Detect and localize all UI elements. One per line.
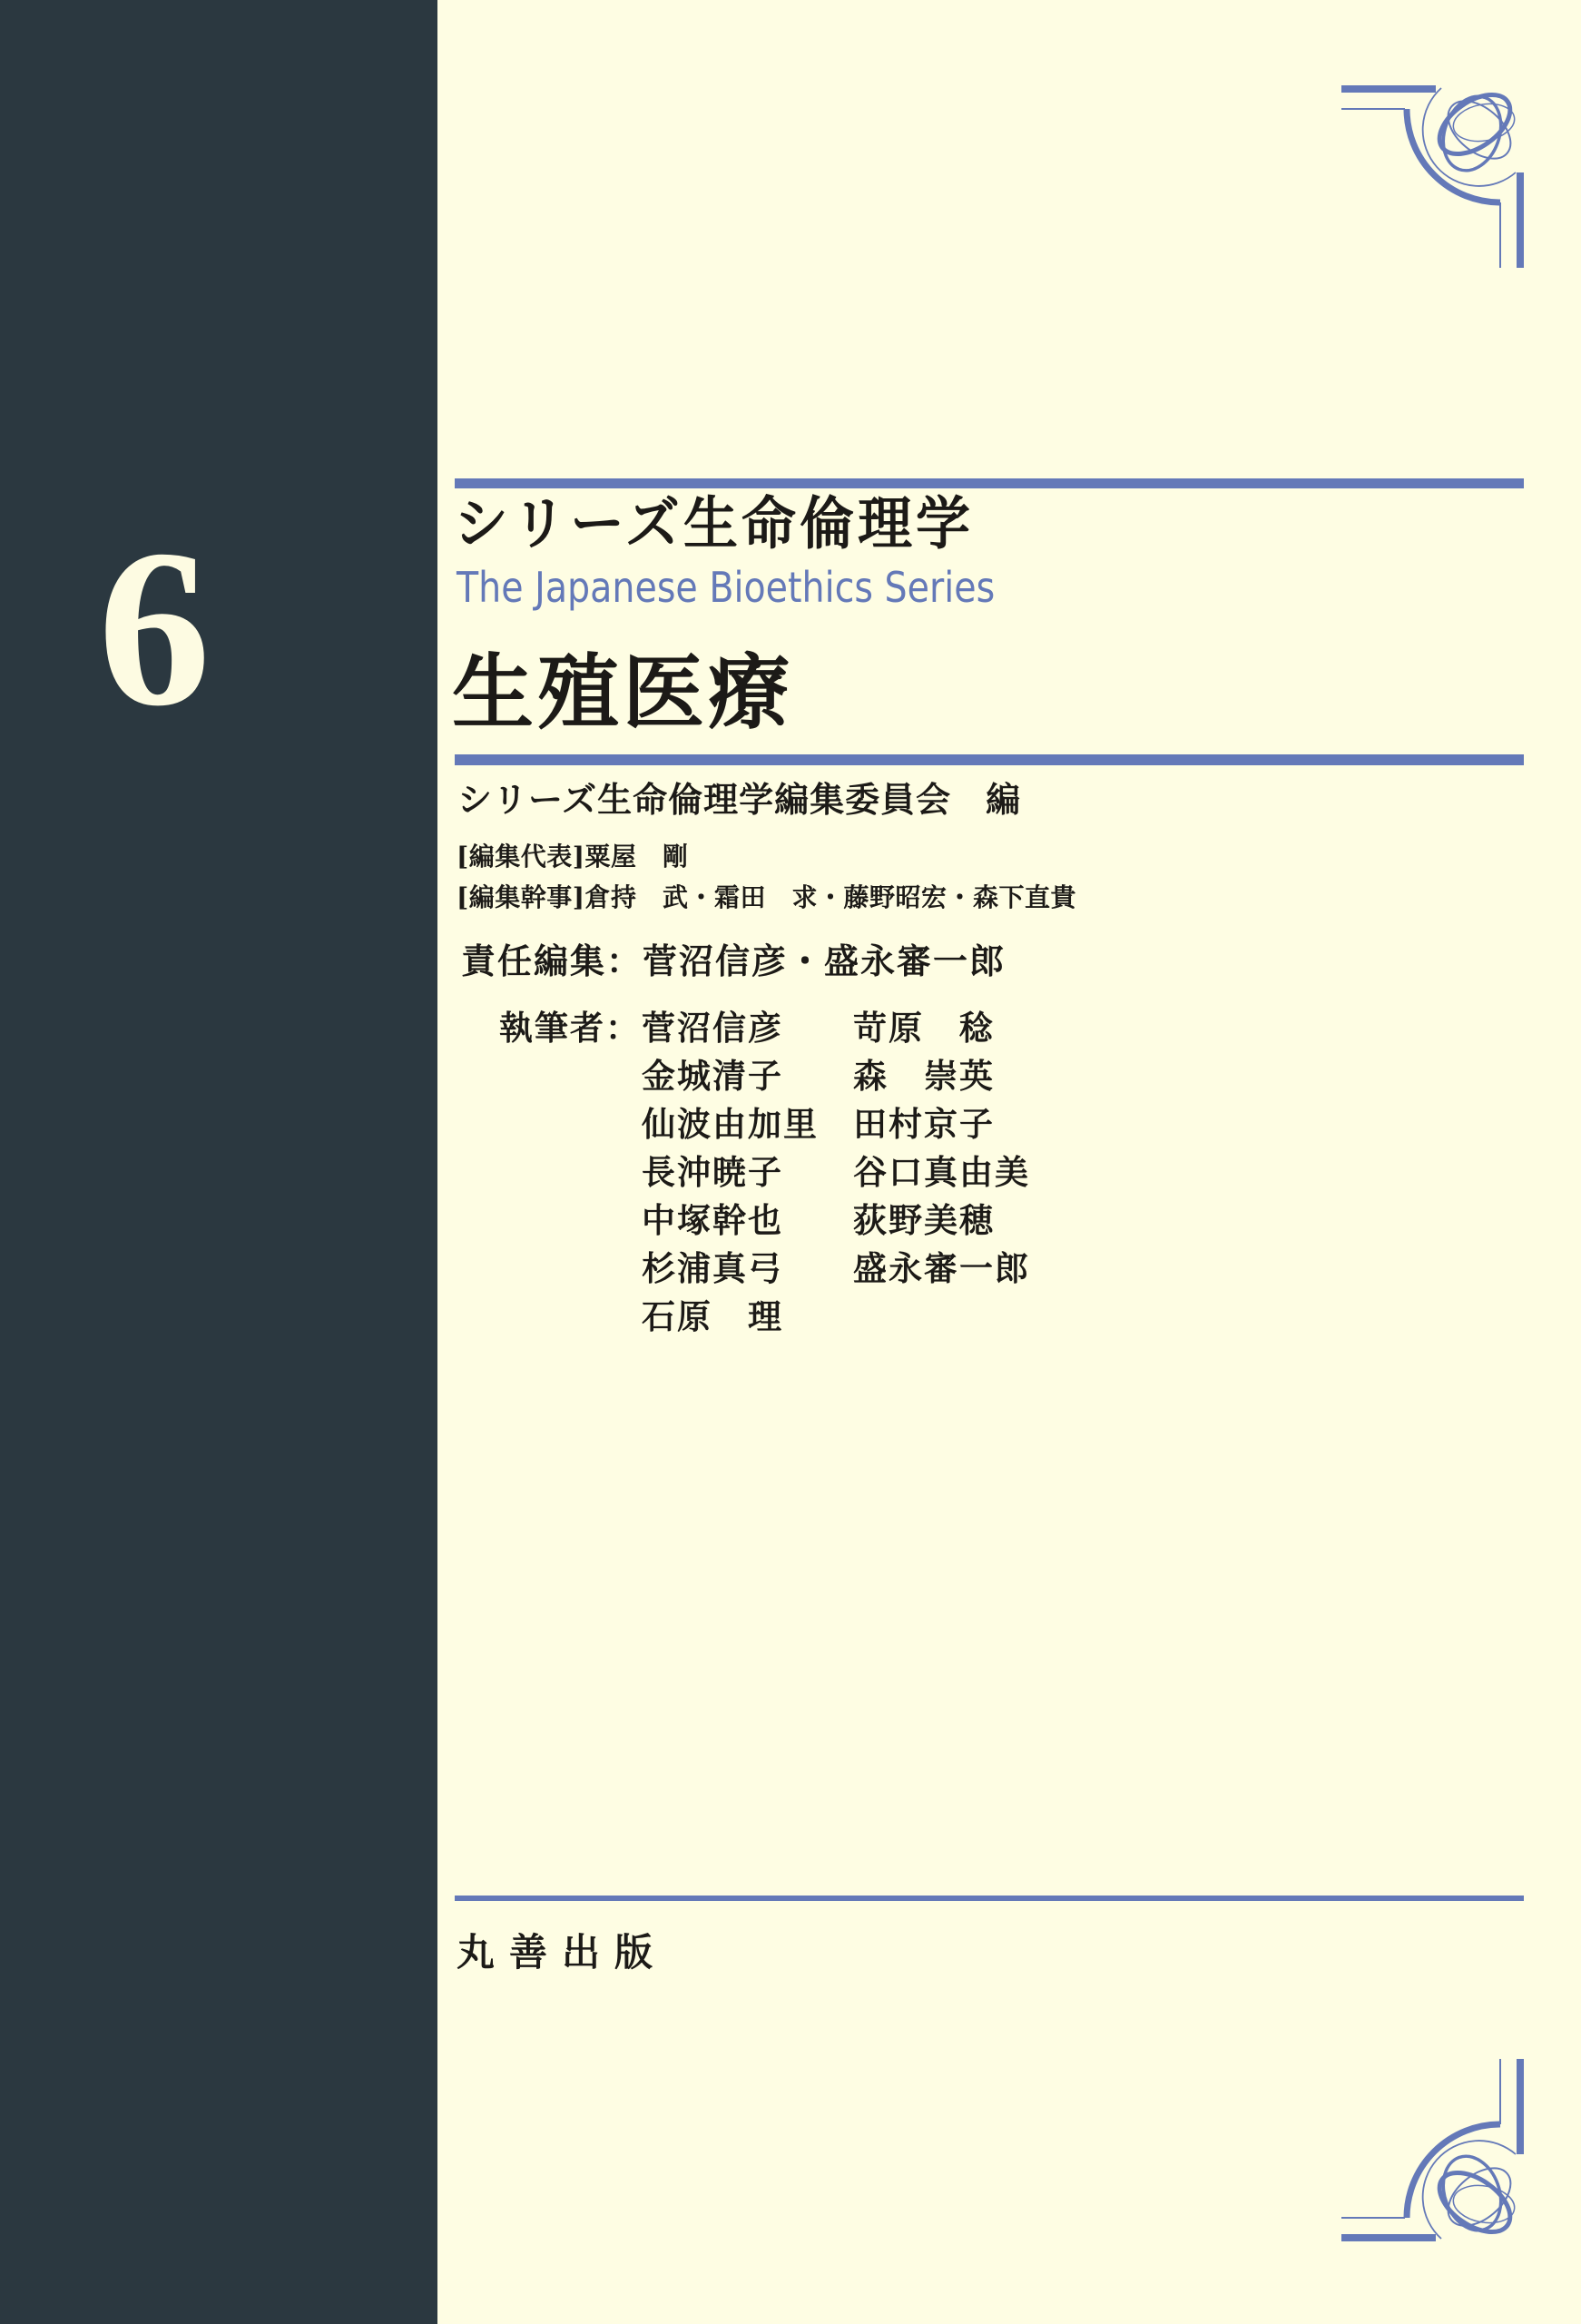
corner-ornament-bottom-right-icon [1334,2050,1534,2250]
editor-committee: シリーズ生命倫理学編集委員会編 [457,783,1021,817]
author-name: 田村京子 [853,1108,995,1141]
editor-committee-name: シリーズ生命倫理学編集委員会 [457,779,951,820]
publisher-rule [455,1896,1524,1901]
author-name: 仙波由加里 [642,1108,819,1141]
editor-secretaries: [編集幹事]倉持 武・霜田 求・藤野昭宏・森下直貴 [457,885,1076,911]
volume-number: 6 [98,516,211,741]
editor-representative: [編集代表]粟屋 剛 [457,844,689,870]
author-name: 苛原 稔 [853,1011,995,1045]
title-rule [455,754,1524,765]
author-name: 森 崇英 [853,1059,995,1093]
corner-ornament-top-right-icon [1334,77,1534,277]
author-name: 谷口真由美 [853,1156,1030,1189]
book-title: 生殖医療 [452,652,793,734]
author-name: 長沖暁子 [642,1156,783,1189]
authors-label: 執筆者： [499,1011,641,1045]
author-name: 中塚幹也 [642,1204,783,1237]
top-rule [455,478,1524,488]
series-title-jp: シリーズ生命倫理学 [454,496,974,553]
editor-suffix: 編 [986,779,1021,820]
author-name: 菅沼信彦 [642,1011,783,1045]
author-name: 金城清子 [642,1059,783,1093]
series-title-en: The Japanese Bioethics Series [457,566,995,608]
responsible-editors: 責任編集：菅沼信彦・盛永審一郎 [461,944,1006,979]
author-name: 盛永審一郎 [853,1252,1030,1285]
spine-panel: The Japanese Bioethics Series 6 [0,0,437,2324]
author-name: 杉浦真弓 [642,1252,783,1285]
author-name: 石原 理 [642,1300,783,1334]
publisher-name: 丸善出版 [457,1934,667,1972]
author-name: 荻野美穂 [853,1204,995,1237]
series-watermark: The Japanese Bioethics Series [436,0,437,2082]
